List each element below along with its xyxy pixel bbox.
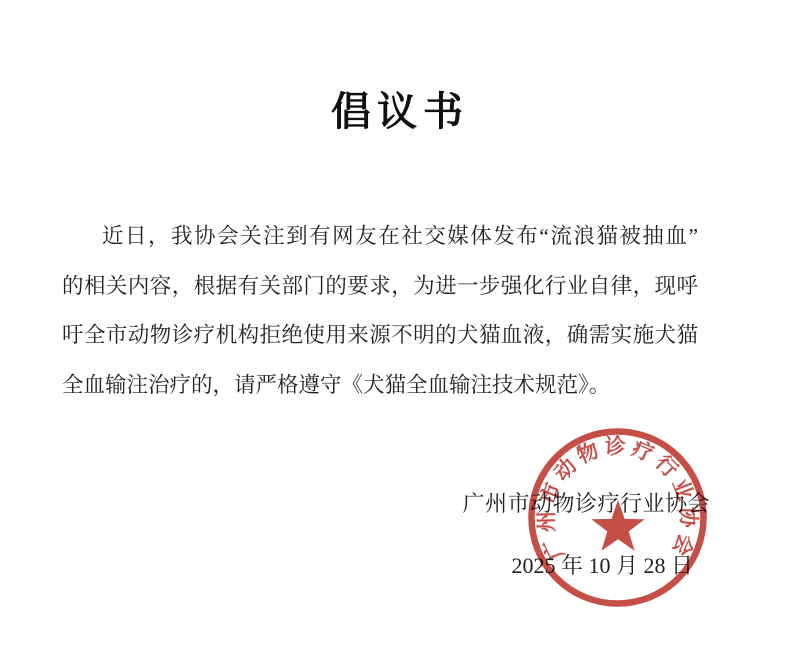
red-star-icon bbox=[591, 500, 644, 551]
document-title: 倡议书 bbox=[0, 80, 800, 137]
body-line: 吁全市动物诊疗机构拒绝使用来源不明的犬猫血液，确需实施犬猫 bbox=[62, 311, 698, 361]
body-line: 的相关内容，根据有关部门的要求，为进一步强化行业自律，现呼 bbox=[62, 262, 698, 312]
official-seal: 广州市动物诊疗行业协会 bbox=[527, 427, 708, 608]
body-paragraph: 近日，我协会关注到有网友在社交媒体发布“流浪猫被抽血” 的相关内容，根据有关部门… bbox=[62, 212, 698, 410]
body-line: 近日，我协会关注到有网友在社交媒体发布“流浪猫被抽血” bbox=[62, 212, 698, 262]
body-line: 全血输注治疗的，请严格遵守《犬猫全血输注技术规范》。 bbox=[62, 361, 698, 411]
document-page: 倡议书 近日，我协会关注到有网友在社交媒体发布“流浪猫被抽血” 的相关内容，根据… bbox=[0, 0, 800, 651]
